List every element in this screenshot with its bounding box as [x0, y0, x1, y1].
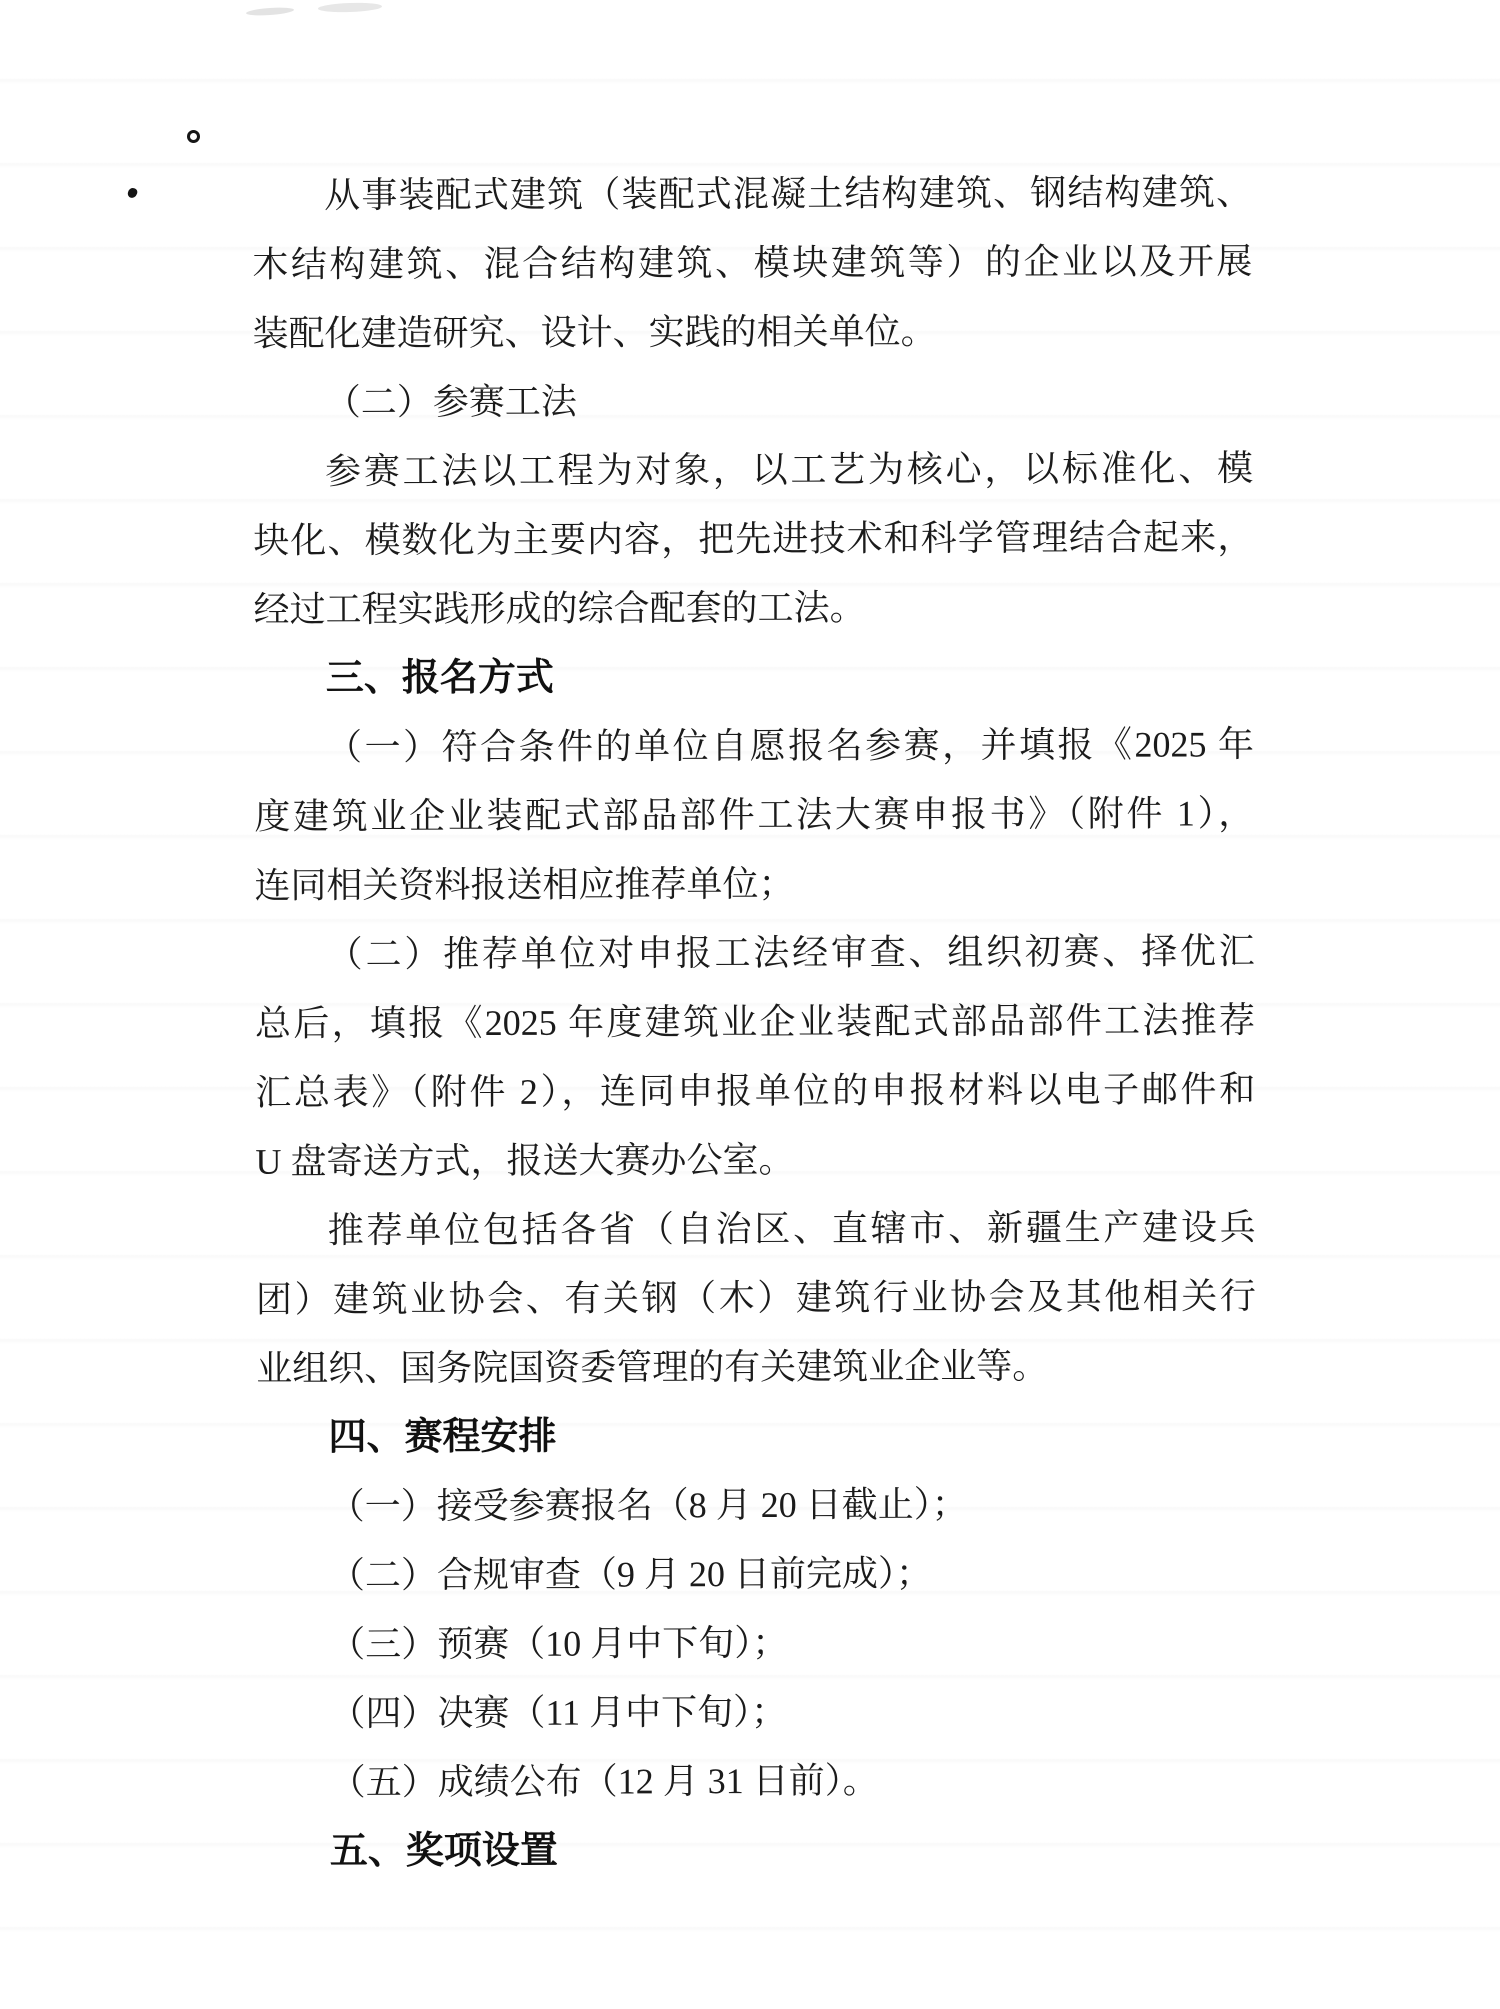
text-line: U 盘寄送方式，报送大赛办公室。 — [255, 1124, 1255, 1196]
text-line: 装配化建造研究、设计、实践的相关单位。 — [252, 296, 1252, 368]
text-line: （二）合规审查（9 月 20 日前完成）； — [257, 1538, 1257, 1610]
scan-smudge — [318, 2, 382, 13]
scan-speck-dot — [127, 187, 139, 199]
text-line: 经过工程实践形成的综合配套的工法。 — [253, 572, 1253, 644]
text-line: 参赛工法以工程为对象，以工艺为核心，以标准化、模 — [253, 434, 1253, 506]
scan-smudge — [246, 6, 294, 16]
text-line: 业组织、国务院国资委管理的有关建筑业企业等。 — [256, 1331, 1256, 1403]
text-line: （三）预赛（10 月中下旬）； — [257, 1607, 1257, 1679]
text-line: （五）成绩公布（12 月 31 日前）。 — [258, 1745, 1258, 1817]
text-line: 汇总表》（附件 2），连同申报单位的申报材料以电子邮件和 — [255, 1055, 1255, 1127]
text-line: 度建筑业企业装配式部品部件工法大赛申报书》（附件 1）， — [254, 779, 1254, 851]
text-line: （一）符合条件的单位自愿报名参赛，并填报《2025 年 — [254, 710, 1254, 782]
text-line: 连同相关资料报送相应推荐单位； — [254, 848, 1254, 920]
text-line: 团）建筑业协会、有关钢（木）建筑行业协会及其他相关行 — [256, 1262, 1256, 1334]
text-line: （一）接受参赛报名（8 月 20 日截止）； — [257, 1469, 1257, 1541]
text-line: （四）决赛（11 月中下旬）； — [257, 1676, 1257, 1748]
document-text-block: 从事装配式建筑（装配式混凝土结构建筑、钢结构建筑、木结构建筑、混合结构建筑、模块… — [252, 158, 1258, 1886]
section-heading: 五、奖项设置 — [258, 1814, 1258, 1886]
text-line: 木结构建筑、混合结构建筑、模块建筑等）的企业以及开展 — [252, 227, 1252, 299]
text-line: 推荐单位包括各省（自治区、直辖市、新疆生产建设兵 — [256, 1193, 1256, 1265]
section-heading: 三、报名方式 — [254, 641, 1254, 713]
text-line: （二）参赛工法 — [253, 365, 1253, 437]
scan-speck-ring — [187, 130, 200, 143]
text-line: 从事装配式建筑（装配式混凝土结构建筑、钢结构建筑、 — [252, 158, 1252, 230]
section-heading: 四、赛程安排 — [256, 1400, 1256, 1472]
document-page: 从事装配式建筑（装配式混凝土结构建筑、钢结构建筑、木结构建筑、混合结构建筑、模块… — [0, 0, 1500, 2009]
text-line: 块化、模数化为主要内容，把先进技术和科学管理结合起来， — [253, 503, 1253, 575]
text-line: 总后，填报《2025 年度建筑业企业装配式部品部件工法推荐 — [255, 986, 1255, 1058]
text-line: （二）推荐单位对申报工法经审查、组织初赛、择优汇 — [255, 917, 1255, 989]
